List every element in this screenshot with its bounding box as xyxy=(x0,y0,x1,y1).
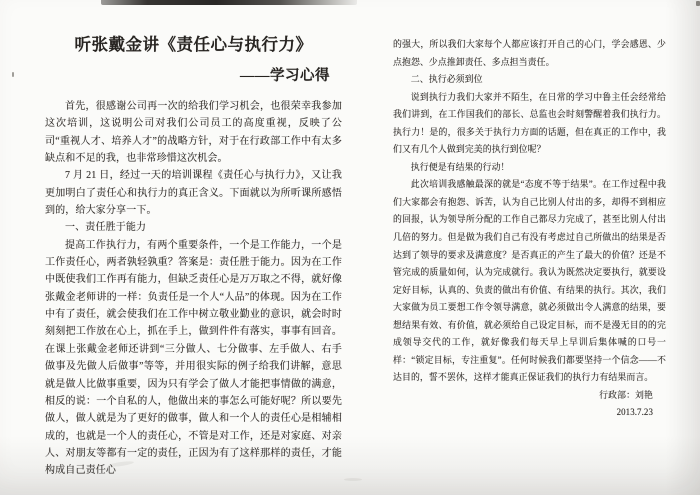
scanned-document-page: 听张戴金讲《责任心与执行力》 ——学习心得 首先，很感谢公司再一次的给我们学习机… xyxy=(0,0,700,495)
signature-line: 2013.7.23 xyxy=(393,404,666,422)
section-heading: 一、责任胜于能力 xyxy=(45,219,342,236)
paragraph: 的强大，所以我们大家每个人都应该打开自己的心门，学会感恩、少点抱怨、少点推卸责任… xyxy=(393,36,666,71)
paragraph: 7 月 21 日，经过一天的培训课程《责任心与执行力》，又让我更加明白了责任心和… xyxy=(45,167,342,219)
left-column: 听张戴金讲《责任心与执行力》 ——学习心得 首先，很感谢公司再一次的给我们学习机… xyxy=(45,31,342,480)
paragraph: 此次培训我感触最深的就是“态度不等于结果”。在工作过程中我们大家都会有抱怨、诉苦… xyxy=(393,176,666,387)
paragraph: 首先，很感谢公司再一次的给我们学习机会，也很荣幸我参加 这次培训，这说明公司对我… xyxy=(45,98,342,167)
scan-speck xyxy=(696,1,700,6)
scan-smudge xyxy=(344,478,362,481)
left-column-body: 首先，很感谢公司再一次的给我们学习机会，也很荣幸我参加 这次培训，这说明公司对我… xyxy=(45,98,342,480)
signature-line: 行政部：刘艳 xyxy=(393,387,666,405)
document-subtitle: ——学习心得 xyxy=(45,64,342,85)
paragraph: 提高工作执行力，有两个重要条件，一个是工作能力，一个是工作责任心，两者孰轻孰重？… xyxy=(45,237,342,480)
scan-speck xyxy=(12,72,14,77)
section-heading: 二、执行必须到位 xyxy=(393,71,666,89)
paragraph: 说到执行力我们大家并不陌生，在日常的学习中鲁主任会经常给我们讲到，在工作国我们的… xyxy=(393,89,666,159)
paragraph: 执行便是有结果的行动！ xyxy=(393,159,666,177)
document-title: 听张戴金讲《责任心与执行力》 xyxy=(45,31,342,55)
right-column: 的强大，所以我们大家每个人都应该打开自己的心门，学会感恩、少点抱怨、少点推卸责任… xyxy=(393,36,666,422)
scanner-edge-artifact xyxy=(101,0,357,5)
